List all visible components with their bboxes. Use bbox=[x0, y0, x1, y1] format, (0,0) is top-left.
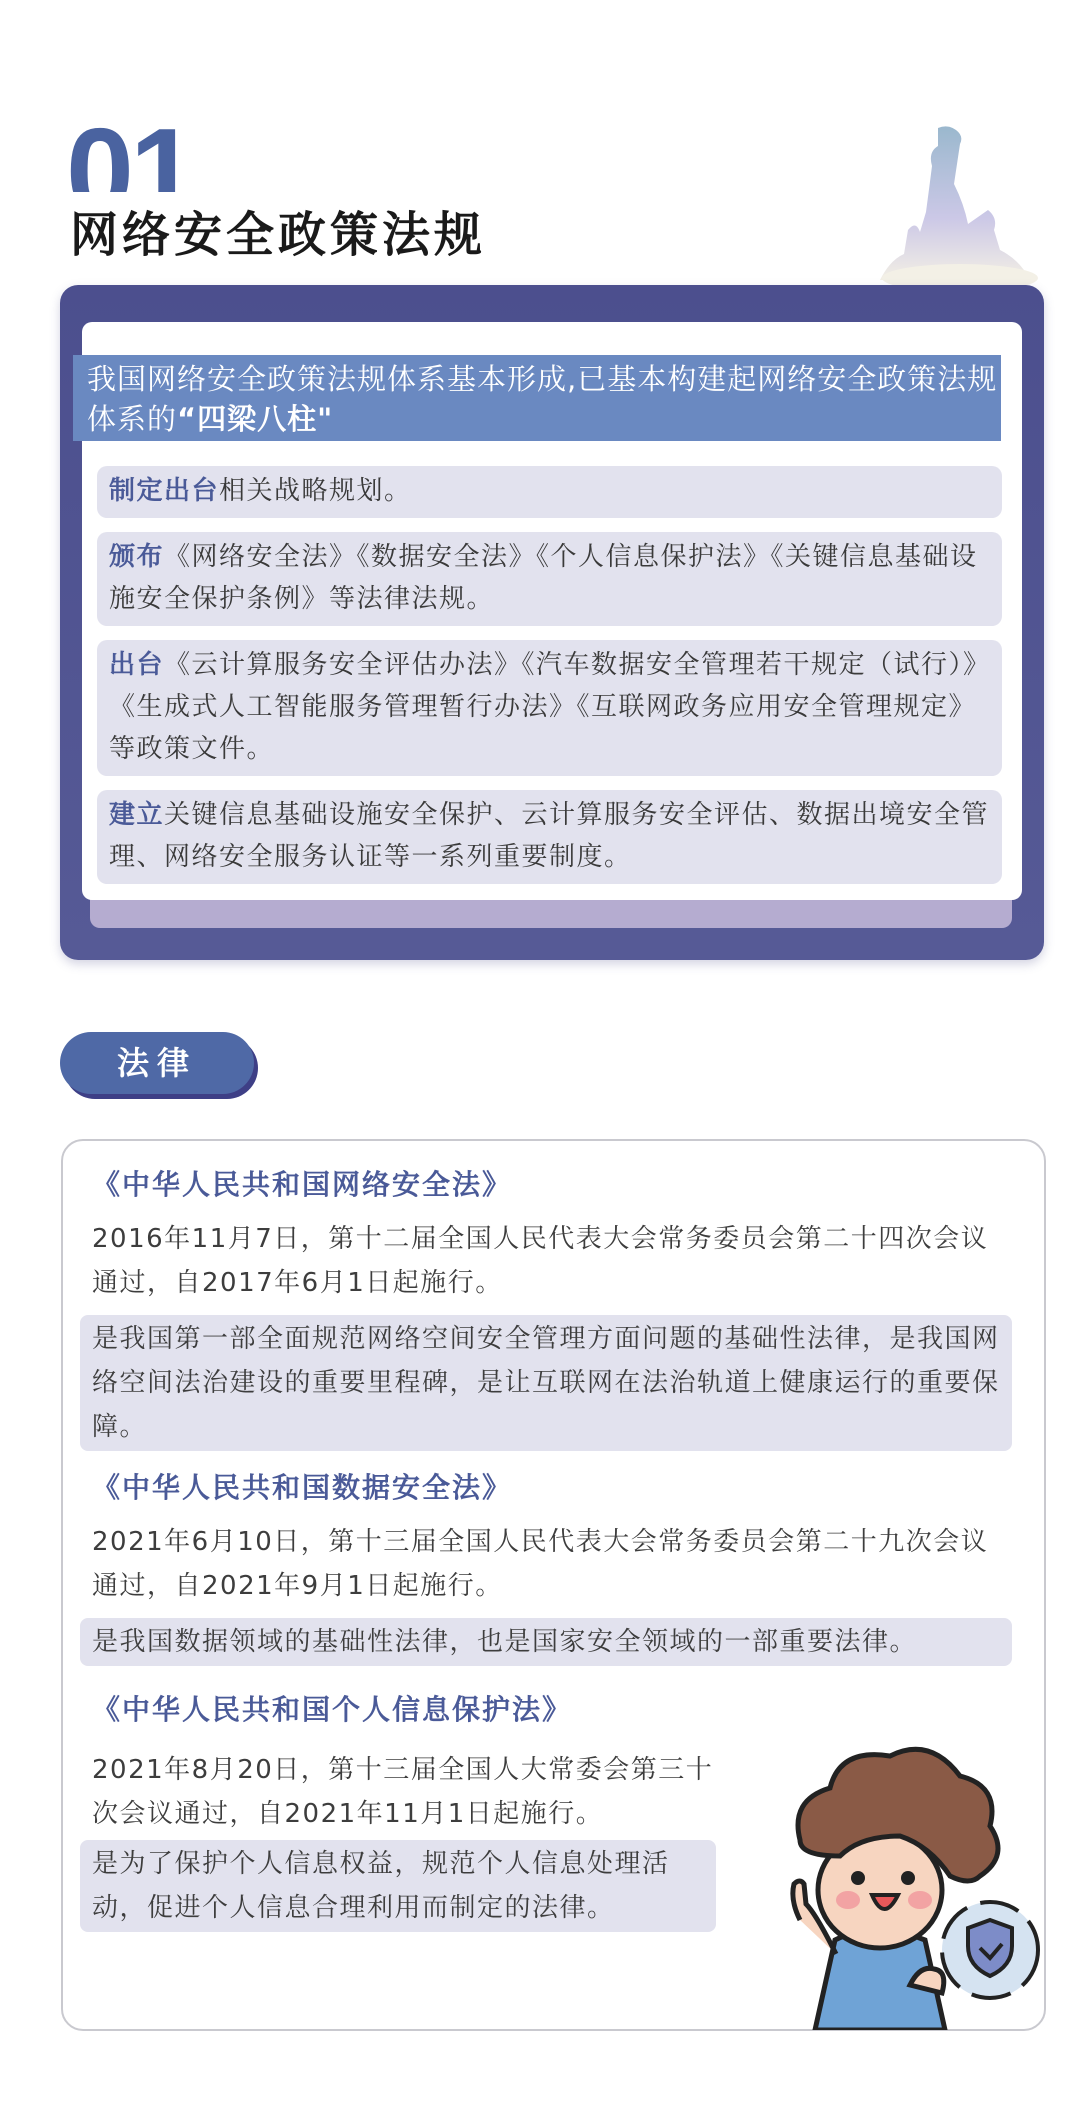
law-description: 2021年6月10日，第十三届全国人民代表大会常务委员会第二十九次会议通过，自2… bbox=[92, 1520, 1012, 1608]
item-text: 相关战略规划。 bbox=[219, 476, 412, 506]
overview-item: 颁布《网络安全法》《数据安全法》《个人信息保护法》《关键信息基础设施安全保护条例… bbox=[97, 532, 1002, 626]
law-title: 《中华人民共和国个人信息保护法》 bbox=[92, 1690, 1012, 1730]
shield-icon bbox=[968, 1920, 1012, 1976]
section-number: 01 bbox=[66, 100, 226, 192]
overview-item: 建立关键信息基础设施安全保护、云计算服务安全评估、数据出境安全管理、网络安全服务… bbox=[97, 790, 1002, 884]
overview-item: 出台《云计算服务安全评估办法》《汽车数据安全管理若干规定（试行）》《生成式人工智… bbox=[97, 640, 1002, 776]
item-text: 关键信息基础设施安全保护、云计算服务安全评估、数据出境安全管理、网络安全服务认证… bbox=[109, 800, 989, 872]
overview-item: 制定出台相关战略规划。 bbox=[97, 466, 1002, 518]
law-note: 是为了保护个人信息权益，规范个人信息处理活动，促进个人信息合理利用而制定的法律。 bbox=[80, 1840, 716, 1932]
law-entry-cybersecurity: 《中华人民共和国网络安全法》 2016年11月7日，第十二届全国人民代表大会常务… bbox=[92, 1165, 1012, 1451]
statue-icon bbox=[880, 118, 1050, 288]
item-keyword: 制定出台 bbox=[109, 476, 219, 506]
item-keyword: 颁布 bbox=[109, 542, 164, 572]
overview-list: 制定出台相关战略规划。 颁布《网络安全法》《数据安全法》《个人信息保护法》《关键… bbox=[97, 466, 1002, 898]
law-note: 是我国数据领域的基础性法律，也是国家安全领域的一部重要法律。 bbox=[80, 1618, 1012, 1666]
page-title: 网络安全政策法规 bbox=[70, 196, 486, 265]
law-description: 2016年11月7日，第十二届全国人民代表大会常务委员会第二十四次会议通过，自2… bbox=[92, 1217, 1012, 1305]
mascot-illustration-icon bbox=[740, 1740, 1040, 2030]
banner-emphasis: “四梁八柱" bbox=[177, 402, 333, 436]
item-text: 《网络安全法》《数据安全法》《个人信息保护法》《关键信息基础设施安全保护条例》等… bbox=[109, 542, 978, 614]
law-description: 2021年8月20日，第十三届全国人大常委会第三十次会议通过，自2021年11月… bbox=[92, 1748, 724, 1836]
item-text: 《云计算服务安全评估办法》《汽车数据安全管理若干规定（试行）》《生成式人工智能服… bbox=[109, 650, 991, 764]
law-title: 《中华人民共和国网络安全法》 bbox=[92, 1165, 1012, 1205]
law-note: 是我国第一部全面规范网络空间安全管理方面问题的基础性法律，是我国网络空间法治建设… bbox=[80, 1315, 1012, 1451]
item-keyword: 建立 bbox=[109, 800, 164, 830]
item-keyword: 出台 bbox=[109, 650, 164, 680]
overview-banner: 我国网络安全政策法规体系基本形成,已基本构建起网络安全政策法规体系的“四梁八柱" bbox=[73, 355, 1001, 441]
laws-section-label: 法律 bbox=[60, 1032, 254, 1094]
law-entry-data-security: 《中华人民共和国数据安全法》 2021年6月10日，第十三届全国人民代表大会常务… bbox=[92, 1468, 1012, 1666]
law-title: 《中华人民共和国数据安全法》 bbox=[92, 1468, 1012, 1508]
